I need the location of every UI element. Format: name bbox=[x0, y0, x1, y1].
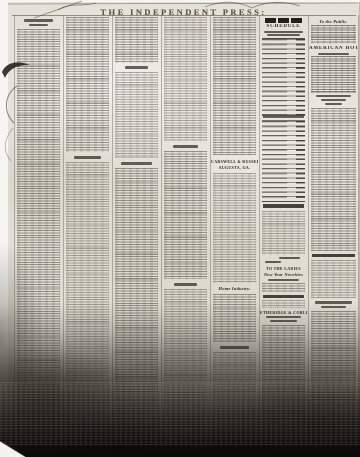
schedule-subtitle-blob bbox=[267, 34, 301, 36]
schedule-subtitle-blob bbox=[264, 31, 303, 33]
column-4 bbox=[161, 15, 209, 452]
ad-line-blob bbox=[270, 320, 296, 322]
column-5: CARSWELL & RUSSELL, AUGUSTA, GA. Home In… bbox=[210, 15, 258, 452]
hotel-subtitle-blob bbox=[318, 53, 349, 55]
ad-text bbox=[213, 294, 256, 342]
schedule-ad-title: SCHEDULE bbox=[260, 24, 307, 29]
article-text bbox=[66, 162, 109, 450]
article-text bbox=[66, 17, 109, 152]
headline-blob bbox=[174, 283, 197, 286]
ladies-ad-title: TO THE LADIES bbox=[260, 266, 307, 271]
headline-blob bbox=[29, 24, 48, 27]
column-3 bbox=[112, 15, 160, 452]
reversed-ad-banner bbox=[263, 204, 304, 208]
headline-blob bbox=[220, 346, 248, 349]
ad-line-blob bbox=[316, 95, 351, 97]
timetable-up-trains bbox=[262, 120, 305, 202]
article-text bbox=[311, 108, 356, 251]
train-icon bbox=[291, 18, 302, 23]
article-text bbox=[115, 72, 158, 158]
ad-text bbox=[213, 173, 256, 283]
article-text bbox=[115, 17, 158, 63]
home-industry-title: Home Industry. bbox=[211, 286, 258, 291]
article-text bbox=[164, 151, 207, 279]
hotel-ad-text bbox=[311, 56, 356, 93]
headline-blob bbox=[173, 145, 197, 148]
notice-text bbox=[311, 25, 356, 44]
reversed-ad-banner bbox=[263, 295, 304, 299]
newspaper-sheet: THE INDEPENDENT PRESS: bbox=[8, 2, 360, 453]
headline-blob bbox=[24, 19, 52, 22]
station-names bbox=[262, 121, 287, 201]
departure-times bbox=[296, 39, 305, 115]
masthead: THE INDEPENDENT PRESS: bbox=[8, 2, 359, 14]
timetable-down-trains bbox=[262, 38, 305, 116]
ad-text bbox=[213, 352, 256, 450]
public-notice-title: To the Public. bbox=[309, 19, 358, 24]
ad-text bbox=[262, 300, 305, 308]
headline-blob bbox=[125, 66, 149, 69]
train-icon bbox=[278, 18, 289, 23]
train-icons-row bbox=[260, 18, 307, 23]
signature-blob bbox=[279, 257, 300, 259]
table-divider bbox=[263, 116, 304, 118]
scanned-newspaper-page: THE INDEPENDENT PRESS: bbox=[0, 0, 360, 457]
ad-line-blob bbox=[268, 279, 300, 281]
article-text bbox=[213, 17, 256, 155]
article-text bbox=[115, 168, 158, 450]
headline-blob bbox=[74, 156, 100, 159]
station-names bbox=[262, 39, 287, 115]
ad-text bbox=[262, 211, 305, 255]
carswell-ad-title: CARSWELL & RUSSELL, bbox=[211, 159, 258, 164]
ad-text bbox=[262, 283, 305, 292]
ad-line-blob bbox=[325, 103, 343, 105]
article-text bbox=[17, 29, 60, 450]
etheridge-ad-title: ETHERIDGE & COBLE bbox=[260, 310, 307, 315]
ladies-ad-subtitle: New Year Novelties bbox=[260, 272, 307, 277]
ad-text bbox=[262, 325, 305, 450]
section-header-bar bbox=[312, 254, 355, 257]
columns-area: CARSWELL & RUSSELL, AUGUSTA, GA. Home In… bbox=[8, 15, 359, 452]
article-text bbox=[311, 260, 356, 298]
column-2 bbox=[63, 15, 111, 452]
column-7: To the Public. AMERICAN HOTEL, bbox=[308, 15, 359, 452]
ad-line-blob bbox=[266, 316, 302, 318]
column-1 bbox=[14, 15, 62, 452]
date-blob bbox=[265, 261, 281, 263]
article-text bbox=[164, 289, 207, 450]
ad-line-blob bbox=[321, 99, 346, 101]
headline-blob bbox=[321, 306, 346, 309]
headline-blob bbox=[121, 162, 151, 165]
article-text bbox=[164, 17, 207, 141]
carswell-ad-location: AUGUSTA, GA. bbox=[211, 165, 258, 170]
train-icon bbox=[265, 18, 276, 23]
headline-blob bbox=[315, 301, 352, 304]
article-text bbox=[311, 311, 356, 450]
hotel-ad-title: AMERICAN HOTEL, bbox=[309, 46, 358, 51]
column-6: SCHEDULE TO THE LADIES New Year Noveltie… bbox=[259, 15, 307, 452]
departure-times bbox=[296, 121, 305, 201]
